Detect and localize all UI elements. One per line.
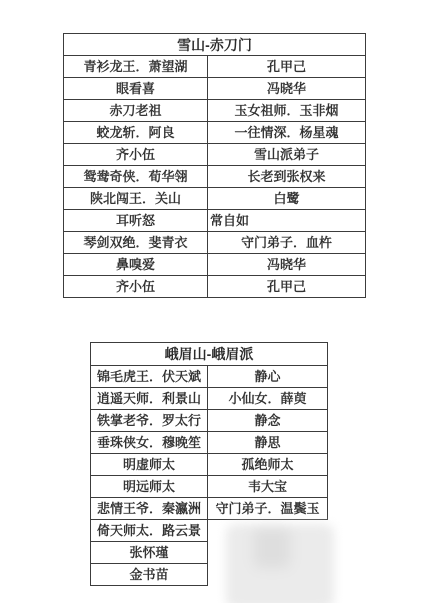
table-row: 齐小伍雪山派弟子 (63, 144, 366, 166)
cell-left: 倚天师太．路云景 (90, 520, 208, 542)
cell-right: 雪山派弟子 (208, 144, 366, 166)
table-snow-mountain: 雪山-赤刀门 青衫龙王．萧望湖孔甲己眼看喜冯晓华赤刀老祖玉女祖师．玉非烟蛟龙斩．… (63, 33, 366, 298)
cell-left: 鼻嗅爱 (63, 254, 208, 276)
table-row: 鼻嗅爱冯晓华 (63, 254, 366, 276)
cell-left: 金书苗 (90, 564, 208, 586)
table-row: 齐小伍孔甲己 (63, 276, 366, 298)
cell-right: 韦大宝 (208, 476, 328, 498)
cell-left: 琴剑双绝．斐青衣 (63, 232, 208, 254)
table-row: 明虚师太孤绝师太 (90, 454, 328, 476)
cell-left: 明远师太 (90, 476, 208, 498)
table-row: 垂珠侠女．穆晚笙静思 (90, 432, 328, 454)
cell-right: 玉女祖师．玉非烟 (208, 100, 366, 122)
cell-right: 冯晓华 (208, 254, 366, 276)
cell-right: 白鹭 (208, 188, 366, 210)
table-row: 锦毛虎王．伏天斌静心 (90, 366, 328, 388)
table-row: 陕北闯王．关山白鹭 (63, 188, 366, 210)
table-title-snow-mountain: 雪山-赤刀门 (63, 33, 366, 56)
cell-left: 蛟龙斩．阿良 (63, 122, 208, 144)
table-row: 青衫龙王．萧望湖孔甲己 (63, 56, 366, 78)
cell-right: 静思 (208, 432, 328, 454)
table-row: 明远师太韦大宝 (90, 476, 328, 498)
cell-right: 长老到张权来 (208, 166, 366, 188)
table-row: 铁掌老爷．罗太行静念 (90, 410, 328, 432)
cell-left: 耳听怒 (63, 210, 208, 232)
cell-right: 静心 (208, 366, 328, 388)
cell-left: 鸳鸯奇侠．荀华翎 (63, 166, 208, 188)
table-row: 蛟龙斩．阿良一往情深．杨星魂 (63, 122, 366, 144)
cell-right: 一往情深．杨星魂 (208, 122, 366, 144)
table-title-emei: 峨眉山-峨眉派 (90, 342, 328, 366)
table-row: 鸳鸯奇侠．荀华翎长老到张权来 (63, 166, 366, 188)
cell-left: 铁掌老爷．罗太行 (90, 410, 208, 432)
cell-left: 齐小伍 (63, 276, 208, 298)
table-row: 悲情王爷．秦瀛洲守门弟子．温鬓玉 (90, 498, 328, 520)
watermark-blob-inner (254, 528, 290, 568)
cell-left: 陕北闯王．关山 (63, 188, 208, 210)
cell-left: 垂珠侠女．穆晚笙 (90, 432, 208, 454)
cell-right: 常自如 (208, 210, 366, 232)
cell-left: 悲情王爷．秦瀛洲 (90, 498, 208, 520)
cell-right: 孤绝师太 (208, 454, 328, 476)
cell-left: 眼看喜 (63, 78, 208, 100)
table-body: 青衫龙王．萧望湖孔甲己眼看喜冯晓华赤刀老祖玉女祖师．玉非烟蛟龙斩．阿良一往情深．… (63, 56, 366, 298)
cell-left: 赤刀老祖 (63, 100, 208, 122)
cell-right: 守门弟子．温鬓玉 (208, 498, 328, 520)
page: 雪山-赤刀门 青衫龙王．萧望湖孔甲己眼看喜冯晓华赤刀老祖玉女祖师．玉非烟蛟龙斩．… (0, 0, 431, 603)
cell-left: 张怀瑾 (90, 542, 208, 564)
table-row: 眼看喜冯晓华 (63, 78, 366, 100)
cell-right: 守门弟子．血杵 (208, 232, 366, 254)
watermark-blob (226, 524, 334, 603)
cell-left: 逍遥天师．利景山 (90, 388, 208, 410)
table-row: 耳听怒常自如 (63, 210, 366, 232)
table-row: 逍遥天师．利景山小仙女．薛萸 (90, 388, 328, 410)
cell-right: 小仙女．薛萸 (208, 388, 328, 410)
cell-left: 齐小伍 (63, 144, 208, 166)
cell-right: 孔甲己 (208, 56, 366, 78)
cell-right: 孔甲己 (208, 276, 366, 298)
table-row: 琴剑双绝．斐青衣守门弟子．血杵 (63, 232, 366, 254)
cell-right: 冯晓华 (208, 78, 366, 100)
cell-right: 静念 (208, 410, 328, 432)
cell-left: 明虚师太 (90, 454, 208, 476)
cell-left: 锦毛虎王．伏天斌 (90, 366, 208, 388)
table-row: 赤刀老祖玉女祖师．玉非烟 (63, 100, 366, 122)
cell-left: 青衫龙王．萧望湖 (63, 56, 208, 78)
